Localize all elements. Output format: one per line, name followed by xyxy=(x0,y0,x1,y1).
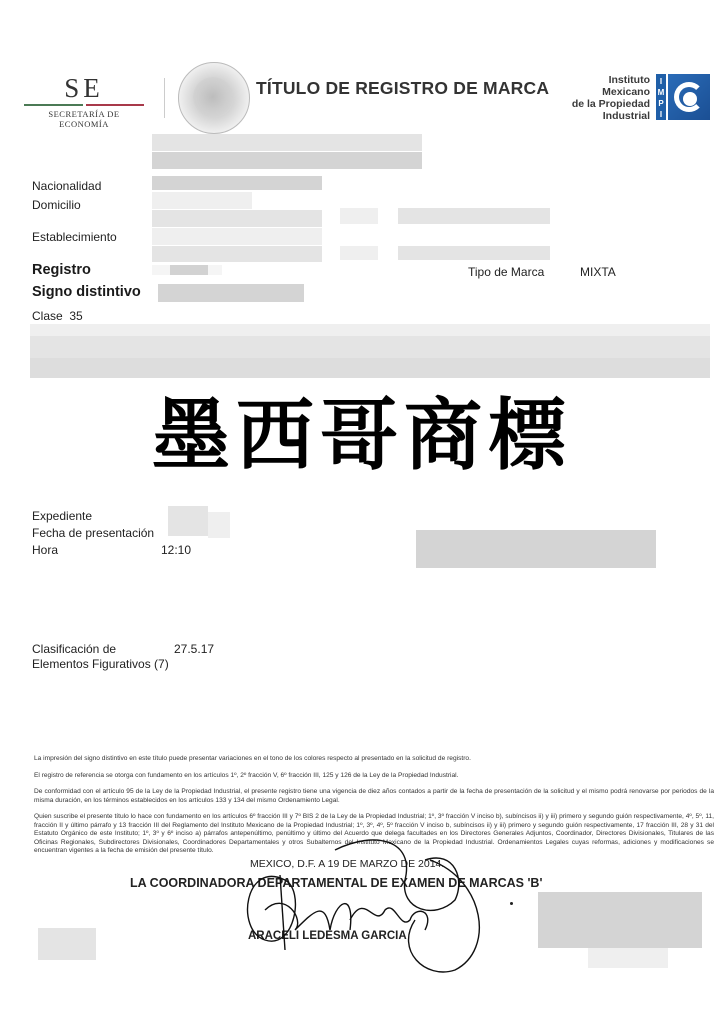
registro-label: Registro xyxy=(32,262,91,278)
se-logo: SE SECRETARÍA DE ECONOMÍA xyxy=(24,74,144,129)
impi-logo-icon xyxy=(668,74,710,120)
filing-side-redacted xyxy=(416,530,656,568)
nacionalidad-value-redacted xyxy=(152,176,322,190)
se-logo-subtitle: SECRETARÍA DE ECONOMÍA xyxy=(24,109,144,129)
impi-logo-text: Instituto Mexicano de la Propiedad Indus… xyxy=(560,74,650,122)
legal-paragraph-2: El registro de referencia se otorga con … xyxy=(34,772,714,781)
productos-servicios-redacted xyxy=(30,324,710,336)
header-divider xyxy=(164,78,165,118)
stamp-redacted xyxy=(538,892,702,948)
domicilio-label: Domicilio xyxy=(32,198,81,212)
se-logo-rule xyxy=(24,104,144,106)
hora-label: Hora xyxy=(32,543,58,557)
clasificacion-label: Clasificación de Elementos Figurativos (… xyxy=(32,642,169,672)
establecimiento-label: Establecimiento xyxy=(32,230,117,244)
document-title: TÍTULO DE REGISTRO DE MARCA xyxy=(256,78,549,99)
nacionalidad-label: Nacionalidad xyxy=(32,179,101,193)
legal-paragraph-1: La impresión del signo distintivo en est… xyxy=(34,755,714,764)
stamp-dot xyxy=(510,902,513,905)
establecimiento-value-redacted xyxy=(152,228,322,245)
national-seal-icon xyxy=(178,62,250,134)
legal-paragraph-3: De conformidad con el artículo 95 de la … xyxy=(34,788,714,805)
trademark-text: 墨西哥商標 xyxy=(0,386,724,486)
titular-redacted-2 xyxy=(152,152,422,169)
tipo-marca-label: Tipo de Marca xyxy=(468,265,544,279)
footer-redacted xyxy=(38,928,96,960)
se-logo-letters: SE xyxy=(24,74,144,102)
titular-redacted xyxy=(152,134,422,151)
clasificacion-value: 27.5.17 xyxy=(174,642,214,656)
signo-distintivo-label: Signo distintivo xyxy=(32,284,141,300)
clase-label: Clase 35 xyxy=(32,309,83,323)
expediente-value-redacted xyxy=(168,506,208,536)
impi-logo-bar: I M P I xyxy=(656,74,666,120)
fecha-presentacion-label: Fecha de presentación xyxy=(32,526,154,540)
hora-value: 12:10 xyxy=(161,543,191,557)
tipo-marca-value: MIXTA xyxy=(580,265,616,279)
handwritten-signature-icon xyxy=(225,820,505,980)
signo-distintivo-value-redacted xyxy=(158,284,304,302)
expediente-label: Expediente xyxy=(32,509,92,523)
clase-value: 35 xyxy=(69,309,82,323)
domicilio-value-redacted xyxy=(152,192,252,209)
